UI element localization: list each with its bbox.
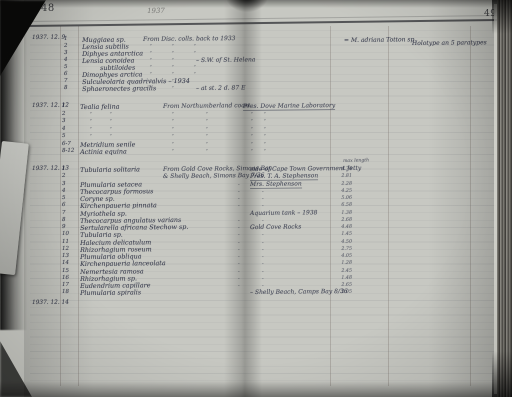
species-name: Plumularia spiralis [80, 289, 141, 298]
ditto-mark: ″ [172, 44, 174, 50]
ditto-mark: - [262, 189, 264, 195]
right-page-shading [428, 0, 498, 397]
row-number: 13 [62, 253, 69, 259]
ditto-mark: ″ [150, 51, 152, 57]
ditto-mark: ″ [251, 119, 253, 125]
page-edge-highlight [494, 4, 497, 394]
ditto-mark: - [238, 247, 240, 253]
entry-date: 1937. 12. 9 [32, 35, 65, 41]
row-number: 2 [62, 173, 66, 179]
photo-corner-bottom-left [0, 341, 34, 397]
ditto-mark: ″ [251, 126, 253, 132]
year-heading: 1937 [147, 7, 165, 15]
row-number: 2 [62, 110, 66, 116]
measure-value: 6.58 [330, 203, 352, 208]
measure-value: 2.68 [330, 218, 352, 223]
ditto-mark: - [238, 232, 240, 238]
ditto-mark: ″ [264, 141, 266, 147]
measure-value: 5.06 [330, 196, 352, 201]
ditto-mark: ″ [194, 72, 196, 78]
gutter-top-shadow [226, 0, 268, 12]
annotation-text: = M. adriana Totton sp. [344, 36, 416, 44]
species-name: Tubularia solitaria [80, 165, 140, 174]
measure-value: 2.45 [330, 268, 352, 273]
ditto-mark: - [262, 203, 264, 209]
row-number: 1 [62, 103, 66, 109]
row-number: 3 [62, 180, 66, 186]
row-number: 2 [64, 43, 68, 49]
ditto-mark: - [238, 254, 240, 260]
ditto-mark: ″ [206, 134, 208, 140]
ditto-mark: ″ [110, 134, 112, 140]
measure-value: 1.28 [330, 261, 352, 266]
ditto-mark: - [262, 261, 264, 267]
note-text: Aquarium tank – 1938 [250, 209, 318, 217]
ditto-mark: ″ [206, 141, 208, 147]
ditto-mark: - [262, 268, 264, 274]
row-number: 7 [62, 209, 66, 215]
ditto-mark: ″ [264, 119, 266, 125]
ditto-mark: - [238, 283, 240, 289]
row-number: 7 [64, 78, 68, 84]
row-number: 8 [62, 217, 66, 223]
ditto-mark: ″ [172, 141, 174, 147]
ditto-mark: ″ [90, 119, 92, 125]
ditto-mark: ″ [206, 119, 208, 125]
ditto-mark: ″ [150, 65, 152, 71]
row-number: 6-7 [62, 140, 71, 146]
ditto-mark: ″ [90, 134, 92, 140]
ditto-mark: - [262, 247, 264, 253]
ditto-mark: ″ [206, 111, 208, 117]
page-number-right: 49 [484, 9, 496, 19]
ditto-mark: - [238, 189, 240, 195]
species-name: Tealia felina [80, 103, 120, 111]
measure-value: 4.78 [330, 167, 352, 172]
species-name: Sphaeronectes gracilis [82, 84, 156, 93]
ditto-mark: ″ [172, 65, 174, 71]
ditto-mark: ″ [172, 58, 174, 64]
row-number: 1 [62, 166, 66, 172]
ditto-mark: ″ [172, 119, 174, 125]
page-top-edge-shadow [0, 0, 512, 8]
ditto-mark: ″ [150, 86, 152, 92]
top-rule-echo [26, 15, 498, 22]
ditto-mark: ″ [264, 149, 266, 155]
row-number: 1 [64, 36, 68, 42]
ditto-mark: ″ [264, 126, 266, 132]
ditto-mark: ″ [90, 126, 92, 132]
measure-column-header: max length [343, 158, 369, 164]
page-bottom-edge-shadow [0, 381, 512, 397]
row-number: 12 [62, 246, 69, 252]
ditto-mark: ″ [172, 126, 174, 132]
measure-value: 2.05 [330, 290, 352, 295]
ditto-mark: ″ [172, 134, 174, 140]
measure-value: 2.75 [330, 247, 352, 252]
ditto-mark: ″ [264, 134, 266, 140]
ditto-mark: - [262, 239, 264, 245]
row-number: 4 [62, 188, 66, 194]
page-number-left: 48 [41, 3, 55, 14]
row-number: 6 [64, 71, 68, 77]
row-number: 4 [62, 125, 66, 131]
ditto-mark: ″ [194, 44, 196, 50]
note-text: – at st. 2 d. 87 E [196, 84, 245, 92]
ditto-mark: - [238, 225, 240, 231]
measure-value: 2.81 [330, 174, 352, 179]
ditto-mark: ″ [251, 141, 253, 147]
species-name: Actinia equina [80, 148, 127, 156]
ditto-mark: - [238, 203, 240, 209]
note-text: Gold Cove Rocks [250, 223, 301, 231]
row-number: 5 [62, 133, 66, 139]
row-number: 6 [62, 202, 66, 208]
ditto-mark: ″ [251, 149, 253, 155]
locality-text: From Disc. colls. back to 1933 [143, 35, 236, 43]
column-rule [78, 26, 79, 386]
ditto-mark: ″ [251, 134, 253, 140]
note-text: Pres. Dove Marine Laboratory [243, 102, 335, 111]
note-text: – S.W. of St. Helena [196, 56, 255, 64]
ditto-mark: ″ [194, 65, 196, 71]
ditto-mark: - [238, 181, 240, 187]
ditto-mark: ″ [172, 51, 174, 57]
row-number: 3 [64, 50, 68, 56]
measure-value: 4.05 [330, 254, 352, 259]
book-fore-edge [497, 0, 512, 397]
entry-date: 1937. 12. 14 [32, 300, 69, 306]
ditto-mark: ″ [172, 149, 174, 155]
measure-value: 4.48 [330, 225, 352, 230]
row-number: 11 [62, 238, 69, 244]
ditto-mark: - [238, 268, 240, 274]
ditto-mark: ″ [150, 58, 152, 64]
ledger-photo: 48 49 1937 max length = M. adriana Totto… [0, 0, 512, 397]
ditto-mark: ″ [172, 79, 174, 85]
note-text: Mrs. Stephenson [250, 180, 302, 189]
row-number: 4 [64, 57, 68, 63]
ditto-mark: ″ [110, 126, 112, 132]
row-number: 8 [64, 85, 68, 91]
ditto-mark: - [238, 218, 240, 224]
column-rule [388, 26, 389, 386]
ditto-mark: ″ [264, 111, 266, 117]
ditto-mark: - [238, 196, 240, 202]
ditto-mark: - [238, 261, 240, 267]
ditto-mark: ″ [90, 111, 92, 117]
column-rule [470, 26, 471, 386]
row-number: 3 [62, 118, 66, 124]
ditto-mark: - [262, 232, 264, 238]
row-number: 17 [62, 282, 69, 288]
ditto-mark: ″ [110, 119, 112, 125]
row-number: 9 [62, 224, 66, 230]
photo-background-left [0, 0, 27, 330]
ditto-mark: ″ [110, 111, 112, 117]
measure-value: 2.28 [330, 181, 352, 186]
annotation-text: Holotype an 5 paratypes [412, 39, 487, 47]
row-number: 16 [62, 275, 69, 281]
row-number: 8-12 [62, 148, 74, 154]
ditto-mark: - [262, 218, 264, 224]
ditto-mark: - [238, 239, 240, 245]
ditto-mark: - [238, 276, 240, 282]
ditto-mark: - [262, 254, 264, 260]
ditto-mark: - [262, 196, 264, 202]
page-clip [0, 141, 29, 275]
ditto-mark: ″ [206, 126, 208, 132]
ditto-mark: - [262, 276, 264, 282]
photo-vignette [0, 0, 512, 397]
fore-edge-bottom-shadow [492, 351, 512, 397]
ditto-mark: ″ [172, 86, 174, 92]
ditto-mark: ″ [172, 111, 174, 117]
row-number: 14 [62, 260, 69, 266]
measure-value: 4.25 [330, 189, 352, 194]
column-rule [60, 26, 61, 386]
row-number: 18 [62, 289, 69, 295]
measure-value: 4.50 [330, 239, 352, 244]
top-rule [26, 19, 498, 27]
ditto-mark: ″ [251, 111, 253, 117]
measure-value: 1.38 [330, 210, 352, 215]
row-number: 5 [62, 195, 66, 201]
row-number: 10 [62, 231, 69, 237]
row-number: 15 [62, 267, 69, 273]
ditto-mark: ″ [206, 149, 208, 155]
measure-value: 1.48 [330, 276, 352, 281]
measure-value: 1.45 [330, 232, 352, 237]
ditto-mark: ″ [150, 44, 152, 50]
row-number: 5 [64, 64, 68, 70]
locality-text: From Northumberland coast [163, 102, 250, 110]
